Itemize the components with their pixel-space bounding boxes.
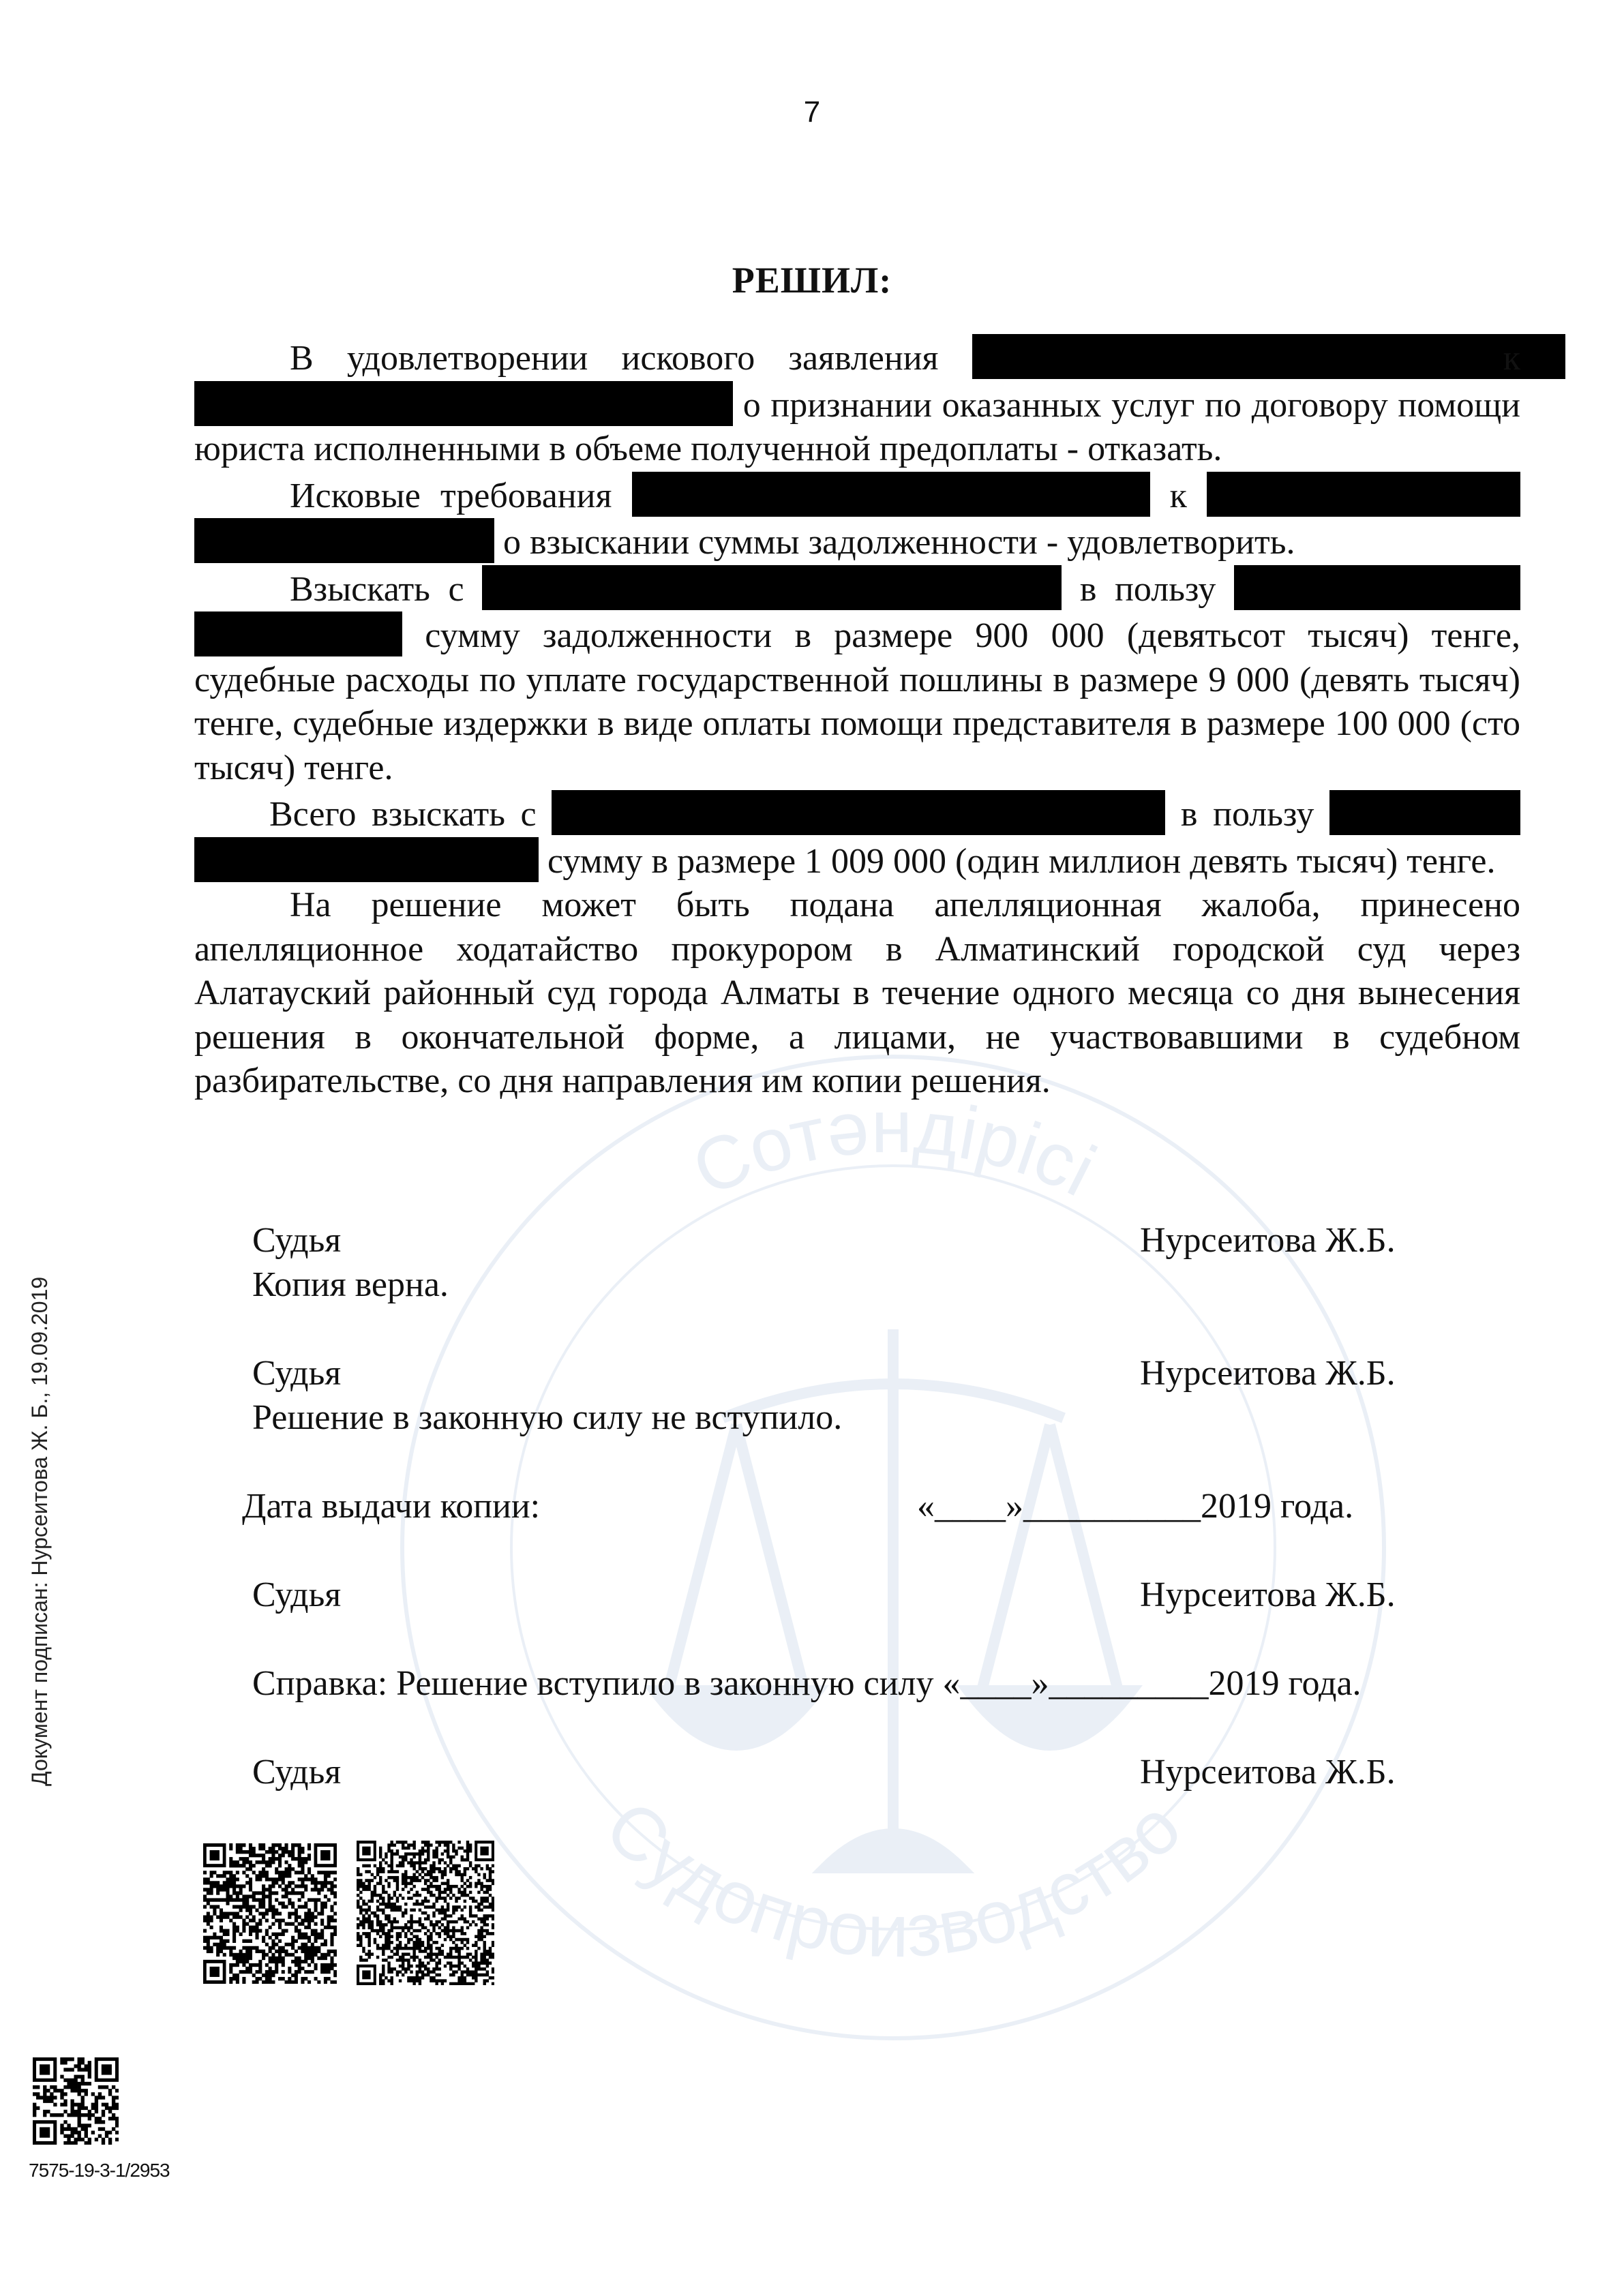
paragraph-recover: Взыскать с в пользу сумму задолженности … — [194, 565, 1520, 791]
redaction — [482, 565, 1062, 610]
redaction — [972, 334, 1565, 379]
judge-name: Нурсеитова Ж.Б. — [1140, 1220, 1396, 1260]
redaction — [194, 518, 494, 563]
judge-label: Судья — [252, 1220, 341, 1260]
judge-label: Судья — [252, 1752, 341, 1792]
redaction — [194, 611, 402, 656]
page-number: 7 — [0, 95, 1624, 130]
qr-code — [203, 1843, 337, 1984]
judge-name: Нурсеитова Ж.Б. — [1140, 1575, 1396, 1615]
redaction — [1234, 565, 1520, 610]
watermark-top-text: Сотәндірісі — [680, 1085, 1109, 1213]
judge-label: Судья — [252, 1575, 341, 1615]
entry-into-force-note: Справка: Решение вступило в законную сил… — [252, 1663, 1362, 1704]
decision-heading: РЕШИЛ: — [0, 259, 1624, 301]
paragraph-appeal: На решение может быть подана апелляционн… — [194, 883, 1520, 1104]
case-number: 7575-19-3-1/2953 — [29, 2160, 170, 2181]
issue-date-value: «____»__________2019 года. — [917, 1486, 1353, 1526]
redaction — [552, 790, 1165, 835]
issue-date-label: Дата выдачи копии: — [242, 1486, 540, 1526]
qr-code — [357, 1841, 494, 1985]
signature-stamp: Документ подписан: Нурсеитова Ж. Б., 19.… — [27, 1277, 52, 1786]
redaction — [1329, 790, 1520, 835]
decision-body: В удовлетворении искового заявления к о … — [194, 334, 1520, 1104]
not-in-force-note: Решение в законную силу не вступило. — [252, 1398, 842, 1438]
paragraph-total: Всего взыскать с в пользу сумму в размер… — [194, 790, 1520, 883]
redaction — [194, 381, 733, 426]
redaction — [1207, 472, 1520, 517]
watermark-bottom-text: Судопроизводство — [590, 1784, 1197, 1973]
judge-name: Нурсеитова Ж.Б. — [1140, 1752, 1396, 1792]
judge-name: Нурсеитова Ж.Б. — [1140, 1353, 1396, 1393]
paragraph-claim-denied: В удовлетворении искового заявления к о … — [194, 334, 1520, 472]
redaction — [632, 472, 1150, 517]
svg-text:Сотәндірісі: Сотәндірісі — [680, 1085, 1109, 1213]
judge-label: Судья — [252, 1353, 341, 1393]
redaction — [194, 837, 539, 882]
copy-true: Копия верна. — [252, 1265, 449, 1305]
court-seal-watermark: Сотәндірісі Судопроизводство — [382, 1036, 1404, 2059]
qr-code — [33, 2057, 119, 2145]
paragraph-claim-granted: Исковые требования к о взыскании суммы з… — [194, 472, 1520, 565]
svg-text:Судопроизводство: Судопроизводство — [590, 1784, 1197, 1973]
